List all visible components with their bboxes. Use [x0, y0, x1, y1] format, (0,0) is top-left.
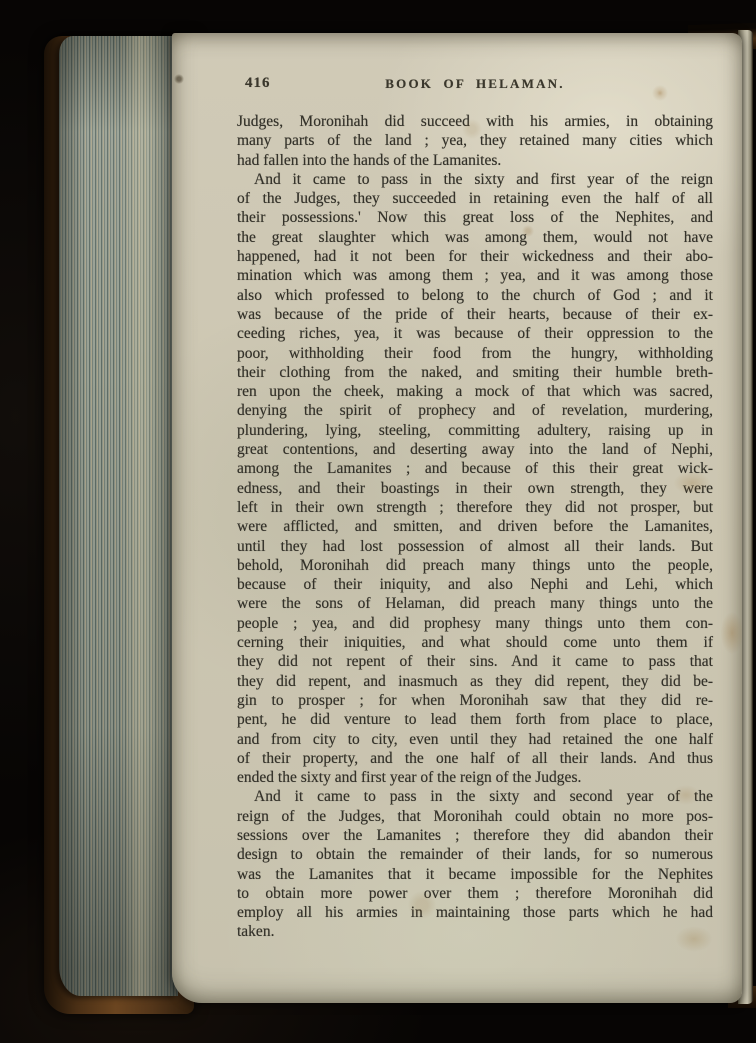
text-line: was the Lamanites that it became impossi… [237, 865, 713, 884]
text-line: people ; yea, and did prophesy many thin… [237, 614, 713, 633]
text-line: their clothing from the naked, and smiti… [237, 363, 713, 382]
text-line: denying the spirit of prophecy and of re… [237, 401, 713, 420]
text-line: the great slaughter which was among them… [237, 228, 713, 247]
text-line: ceeding riches, yea, it was because of t… [237, 324, 713, 343]
text-line: great contentions, and deserting away in… [237, 440, 713, 459]
text-block: Judges, Moronihah did succeed with his a… [237, 112, 713, 942]
text-line: plundering, lying, steeling, committing … [237, 421, 713, 440]
text-line: among the Lamanites ; and because of thi… [237, 459, 713, 478]
text-line: sessions over the Lamanites ; therefore … [237, 826, 713, 845]
text-line: happened, had it not been for their wick… [237, 247, 713, 266]
text-line: ended the sixty and first year of the re… [237, 768, 713, 787]
text-line: they did repent, and inasmuch as they di… [237, 672, 713, 691]
running-title: BOOK OF HELAMAN. [237, 76, 713, 92]
text-line: until they had lost possession of almost… [237, 537, 713, 556]
text-line: also which professed to belong to the ch… [237, 286, 713, 305]
text-line: of their property, and the one half of a… [237, 749, 713, 768]
text-line: Judges, Moronihah did succeed with his a… [237, 112, 713, 131]
text-line: mination which was among them ; yea, and… [237, 266, 713, 285]
text-line: many parts of the land ; yea, they retai… [237, 131, 713, 150]
text-line: edness, and their boastings in their own… [237, 479, 713, 498]
text-line: to obtain more power over them ; therefo… [237, 884, 713, 903]
text-line: And it came to pass in the sixty and sec… [237, 787, 713, 806]
text-line: left in their own strength ; therefore t… [237, 498, 713, 517]
text-line: employ all his armies in maintaining tho… [237, 903, 713, 922]
text-line: And it came to pass in the sixty and fir… [237, 170, 713, 189]
text-line: behold, Moronihah did preach many things… [237, 556, 713, 575]
text-line: gin to prosper ; for when Moronihah saw … [237, 691, 713, 710]
text-line: they did not repent of their sins. And i… [237, 652, 713, 671]
text-line: cerning their iniquities, and what shoul… [237, 633, 713, 652]
scanned-book-photo: 416 BOOK OF HELAMAN. Judges, Moronihah d… [0, 0, 756, 1043]
text-line: reign of the Judges, that Moronihah coul… [237, 807, 713, 826]
text-line: their possessions.' Now this great loss … [237, 208, 713, 227]
text-line: were the sons of Helaman, did preach man… [237, 594, 713, 613]
text-line: and from city to city, even until they h… [237, 730, 713, 749]
page-fore-edge-stack [59, 36, 178, 996]
text-line: ren upon the cheek, making a mock of tha… [237, 382, 713, 401]
text-line: poor, withholding their food from the hu… [237, 344, 713, 363]
text-line: had fallen into the hands of the Lamanit… [237, 151, 713, 170]
text-line: was because of the pride of their hearts… [237, 305, 713, 324]
book-page: 416 BOOK OF HELAMAN. Judges, Moronihah d… [172, 33, 742, 1003]
text-line: were afflicted, and smitten, and driven … [237, 517, 713, 536]
text-line: taken. [237, 922, 713, 941]
text-line: of the Judges, they succeeded in retaini… [237, 189, 713, 208]
page-header: 416 BOOK OF HELAMAN. [237, 75, 713, 97]
text-line: because of their iniquity, and also Neph… [237, 575, 713, 594]
text-line: design to obtain the remainder of their … [237, 845, 713, 864]
text-line: pent, he did venture to lead them forth … [237, 710, 713, 729]
